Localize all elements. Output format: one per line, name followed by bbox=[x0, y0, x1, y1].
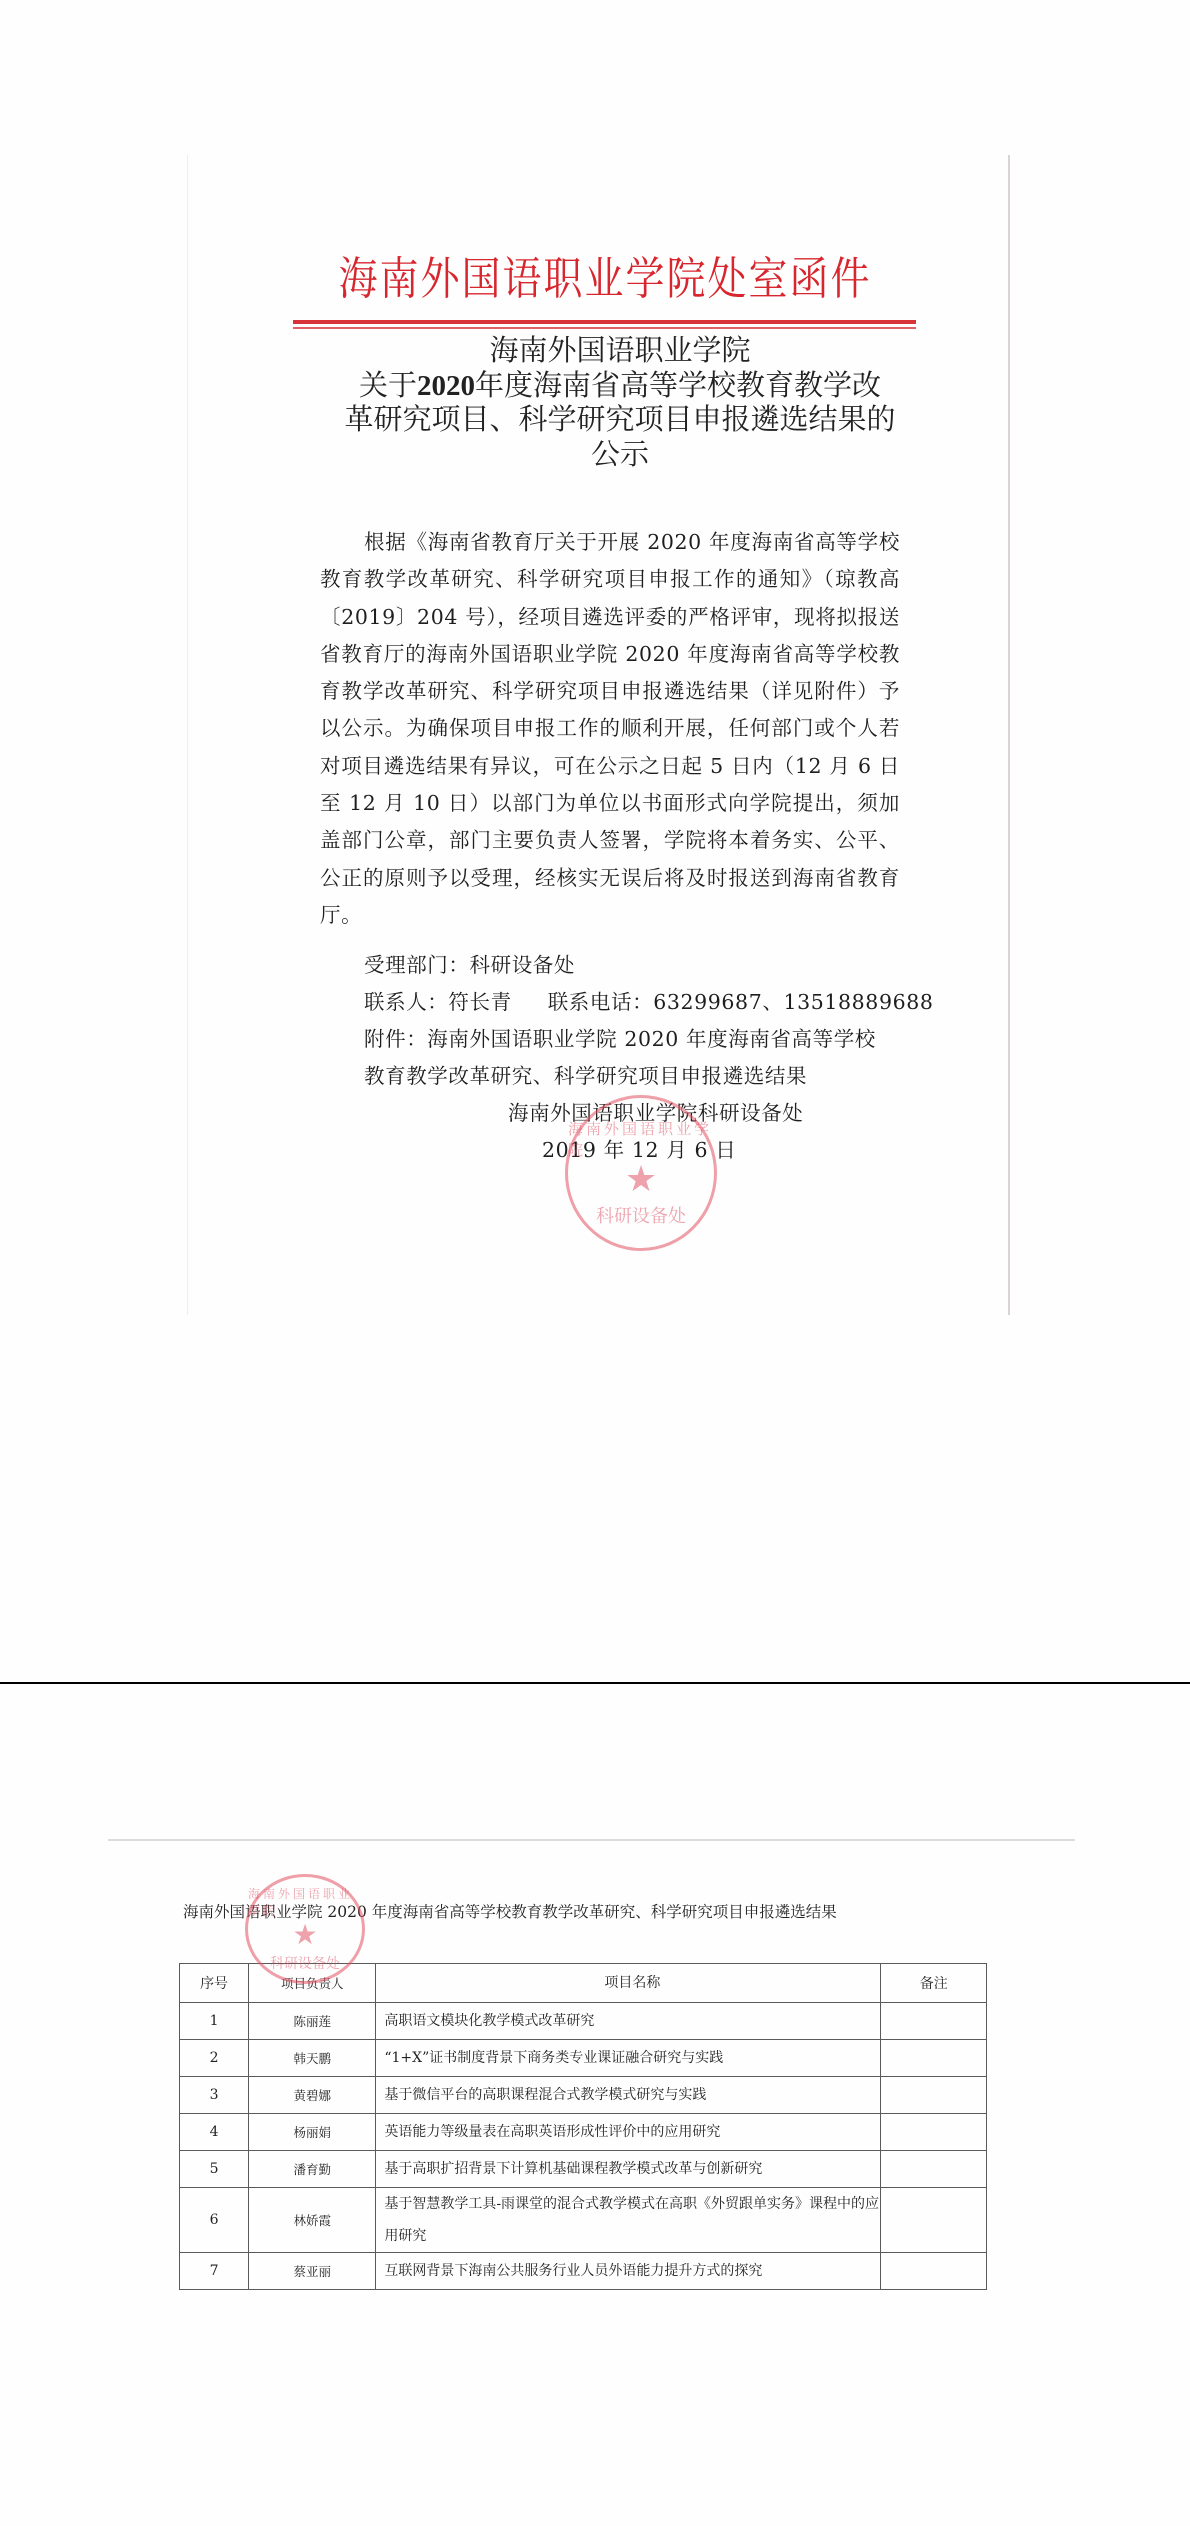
contact-line: 联系人：符长青联系电话：63299687、13518889688 bbox=[364, 985, 934, 1015]
row-lead: 潘育勤 bbox=[249, 2151, 376, 2188]
row-lead: 黄碧娜 bbox=[249, 2077, 376, 2114]
letterhead-title: 海南外国语职业学院处室函件 bbox=[290, 251, 920, 309]
table-row: 5 潘育勤 基于高职扩招背景下计算机基础课程教学模式改革与创新研究 bbox=[180, 2151, 987, 2188]
row-lead: 杨丽娟 bbox=[249, 2114, 376, 2151]
row-note bbox=[881, 2077, 987, 2114]
table-row: 4 杨丽娟 英语能力等级量表在高职英语形成性评价中的应用研究 bbox=[180, 2114, 987, 2151]
notice-heading: 海南外国语职业学院 关于2020年度海南省高等学校教育教学改 革研究项目、科学研… bbox=[320, 334, 920, 472]
seal-bottom-text: 科研设备处 bbox=[596, 1202, 686, 1228]
scan-edge-left bbox=[187, 155, 188, 1315]
row-number: 2 bbox=[180, 2040, 249, 2077]
row-note bbox=[881, 2253, 987, 2290]
row-project-name: 高职语文模块化教学模式改革研究 bbox=[376, 2003, 881, 2040]
heading-line-2-suffix: 年度海南省高等学校教育教学改 bbox=[475, 370, 881, 402]
column-header-project-name: 项目名称 bbox=[376, 1964, 881, 2003]
signature-organization: 海南外国语职业学院科研设备处 bbox=[508, 1096, 803, 1126]
row-note bbox=[881, 2114, 987, 2151]
attachment-line-2: 教育教学改革研究、科学研究项目申报遴选结果 bbox=[364, 1059, 807, 1089]
body-paragraph: 根据《海南省教育厅关于开展 2020 年度海南省高等学校教育教学改革研究、科学研… bbox=[320, 524, 900, 934]
column-header-number: 序号 bbox=[180, 1964, 249, 2003]
table-header-row: 序号 项目负责人 项目名称 备注 bbox=[180, 1964, 987, 2003]
row-project-name: 互联网背景下海南公共服务行业人员外语能力提升方式的探究 bbox=[376, 2253, 881, 2290]
page-divider bbox=[0, 1682, 1190, 1684]
scan-edge-right bbox=[1008, 155, 1010, 1315]
seal-star-icon: ★ bbox=[625, 1162, 657, 1198]
heading-line-2-prefix: 关于 bbox=[359, 370, 417, 402]
row-project-name: “1+X”证书制度背景下商务类专业课证融合研究与实践 bbox=[376, 2040, 881, 2077]
letterhead-rule-thick bbox=[293, 320, 916, 324]
row-note bbox=[881, 2003, 987, 2040]
row-note bbox=[881, 2151, 987, 2188]
letterhead-rule-thin bbox=[293, 327, 916, 329]
row-number: 1 bbox=[180, 2003, 249, 2040]
receiving-department: 受理部门：科研设备处 bbox=[364, 948, 575, 978]
column-header-lead: 项目负责人 bbox=[249, 1964, 376, 2003]
table-row: 3 黄碧娜 基于微信平台的高职课程混合式教学模式研究与实践 bbox=[180, 2077, 987, 2114]
table-row: 1 陈丽莲 高职语文模块化教学模式改革研究 bbox=[180, 2003, 987, 2040]
row-lead: 韩天鹏 bbox=[249, 2040, 376, 2077]
scan-edge-top bbox=[108, 1839, 1075, 1841]
table-row: 2 韩天鹏 “1+X”证书制度背景下商务类专业课证融合研究与实践 bbox=[180, 2040, 987, 2077]
heading-line-2: 关于2020年度海南省高等学校教育教学改 bbox=[320, 369, 920, 404]
row-number: 5 bbox=[180, 2151, 249, 2188]
heading-year: 2020 bbox=[417, 370, 475, 402]
column-header-note: 备注 bbox=[881, 1964, 987, 2003]
row-number: 6 bbox=[180, 2188, 249, 2253]
row-project-name: 英语能力等级量表在高职英语形成性评价中的应用研究 bbox=[376, 2114, 881, 2151]
contact-person: 联系人：符长青 bbox=[364, 990, 512, 1014]
row-number: 4 bbox=[180, 2114, 249, 2151]
row-lead: 陈丽莲 bbox=[249, 2003, 376, 2040]
row-note bbox=[881, 2188, 987, 2253]
row-project-name: 基于微信平台的高职课程混合式教学模式研究与实践 bbox=[376, 2077, 881, 2114]
heading-line-1: 海南外国语职业学院 bbox=[320, 334, 920, 369]
row-lead: 林娇霞 bbox=[249, 2188, 376, 2253]
row-number: 7 bbox=[180, 2253, 249, 2290]
row-number: 3 bbox=[180, 2077, 249, 2114]
notice-body: 根据《海南省教育厅关于开展 2020 年度海南省高等学校教育教学改革研究、科学研… bbox=[320, 524, 900, 934]
results-table: 序号 项目负责人 项目名称 备注 1 陈丽莲 高职语文模块化教学模式改革研究 2… bbox=[179, 1963, 987, 2290]
table-row: 7 蔡亚丽 互联网背景下海南公共服务行业人员外语能力提升方式的探究 bbox=[180, 2253, 987, 2290]
contact-phone: 联系电话：63299687、13518889688 bbox=[548, 990, 934, 1014]
document-page-1: 海南外国语职业学院处室函件 海南外国语职业学院 关于2020年度海南省高等学校教… bbox=[0, 0, 1190, 1682]
seal-star-icon: ★ bbox=[292, 1921, 317, 1949]
attachment-line-1: 附件：海南外国语职业学院 2020 年度海南省高等学校 bbox=[364, 1022, 876, 1052]
heading-line-3: 革研究项目、科学研究项目申报遴选结果的 bbox=[320, 403, 920, 438]
row-project-name: 基于智慧教学工具-雨课堂的混合式教学模式在高职《外贸跟单实务》课程中的应用研究 bbox=[376, 2188, 881, 2253]
signature-date: 2019 年 12 月 6 日 bbox=[542, 1133, 736, 1163]
attachment-table-title: 海南外国语职业学院 2020 年度海南省高等学校教育教学改革研究、科学研究项目申… bbox=[183, 1900, 1003, 1922]
row-note bbox=[881, 2040, 987, 2077]
table-row: 6 林娇霞 基于智慧教学工具-雨课堂的混合式教学模式在高职《外贸跟单实务》课程中… bbox=[180, 2188, 987, 2253]
row-lead: 蔡亚丽 bbox=[249, 2253, 376, 2290]
heading-line-4: 公示 bbox=[320, 438, 920, 473]
row-project-name: 基于高职扩招背景下计算机基础课程教学模式改革与创新研究 bbox=[376, 2151, 881, 2188]
